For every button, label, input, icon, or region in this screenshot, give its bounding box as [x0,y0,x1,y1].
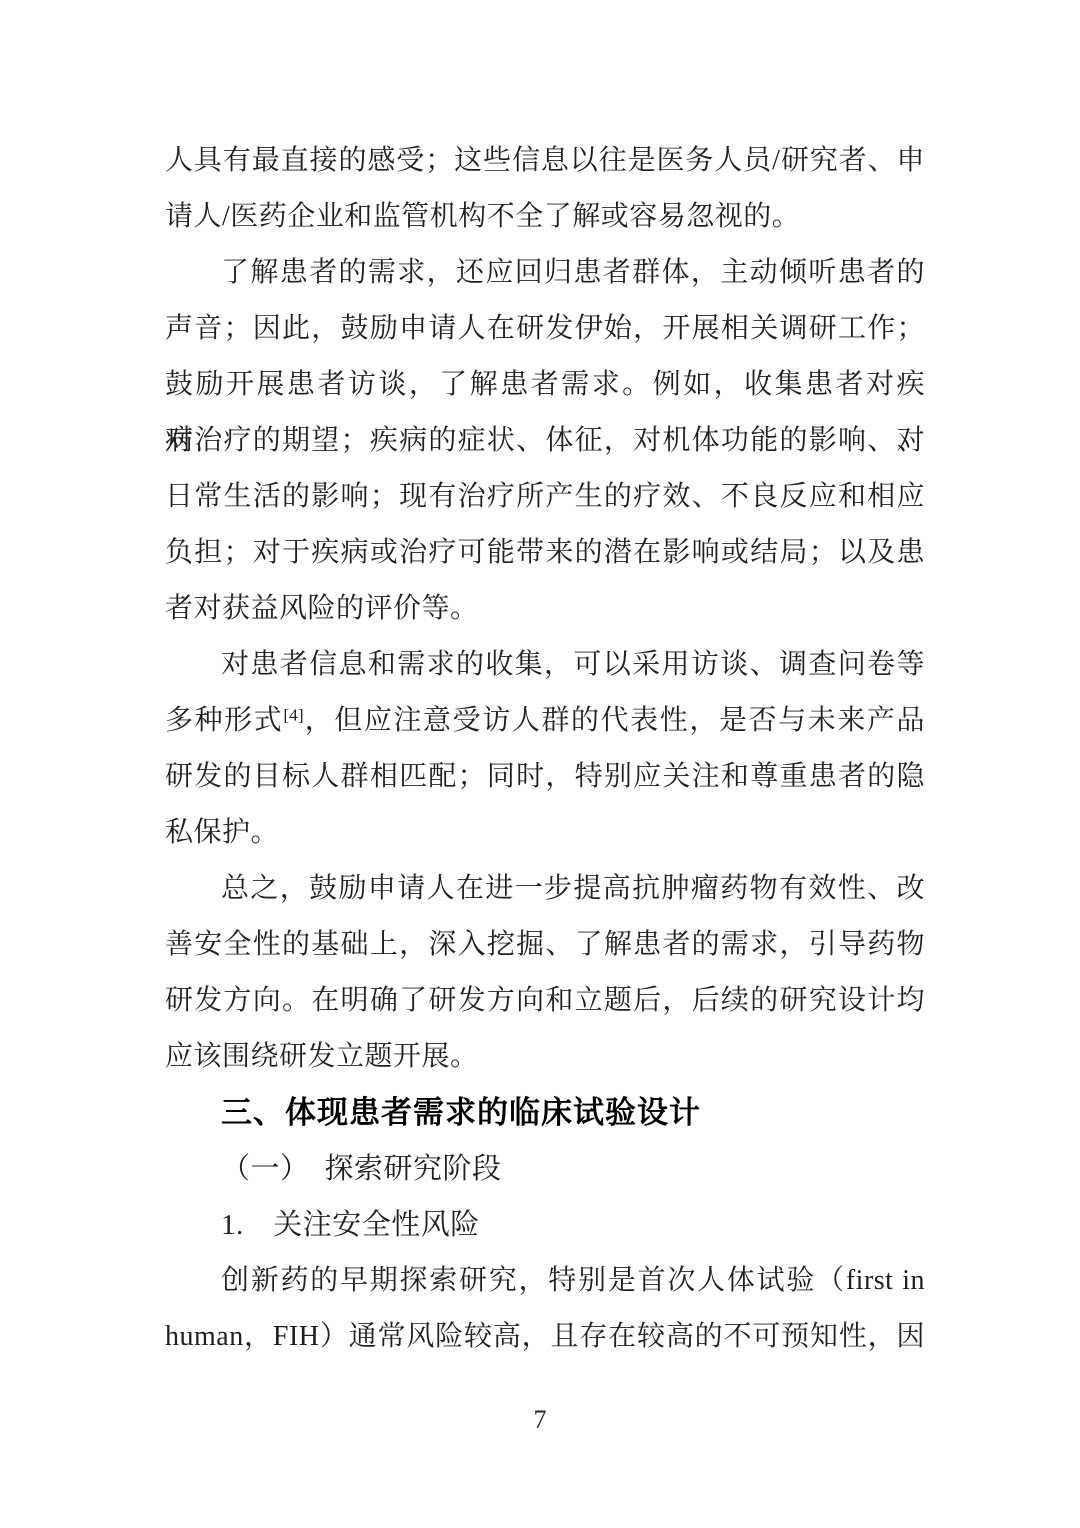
heading1-text: 三、体现患者需求的临床试验设计 [165,1085,925,1141]
page-number: 7 [0,1402,1080,1438]
body-text-line: 者对获益风险的评价等。 [165,581,925,637]
body-text-line: 私保护。 [165,805,925,861]
body-text-line: human，FIH）通常风险较高，且存在较高的不可预知性，因 [165,1309,925,1365]
body-text-line: 多种形式[4]，但应注意受访人群的代表性，是否与未来产品 [165,693,925,749]
body-text-line: 日常生活的影响；现有治疗所产生的疗效、不良反应和相应 [165,469,925,525]
body-text-line: 负担；对于疾病或治疗可能带来的潜在影响或结局；以及患 [165,525,925,581]
heading2-text: （一） 探索研究阶段 [165,1141,925,1197]
body-text-line: 研发的目标人群相匹配；同时，特别应关注和尊重患者的隐 [165,749,925,805]
body-text-line: 研发方向。在明确了研发方向和立题后，后续的研究设计均 [165,973,925,1029]
footnote-reference: [4] [283,705,303,724]
body-text-line: 人具有最直接的感受；这些信息以往是医务人员/研究者、申 [165,133,925,189]
body-text-line: 了解患者的需求，还应回归患者群体，主动倾听患者的 [165,245,925,301]
text-column: 人具有最直接的感受；这些信息以往是医务人员/研究者、申请人/医药企业和监管机构不… [165,133,925,1365]
body-text-line: 善安全性的基础上，深入挖掘、了解患者的需求，引导药物 [165,917,925,973]
body-text-line: 请人/医药企业和监管机构不全了解或容易忽视的。 [165,189,925,245]
body-text-line: 应该围绕研发立题开展。 [165,1029,925,1085]
body-text-line: 对治疗的期望；疾病的症状、体征，对机体功能的影响、对 [165,413,925,469]
heading3-text: 1. 关注安全性风险 [165,1197,925,1253]
body-text-line: 鼓励开展患者访谈，了解患者需求。例如，收集患者对疾病、 [165,357,925,413]
body-text-line: 总之，鼓励申请人在进一步提高抗肿瘤药物有效性、改 [165,861,925,917]
body-text-line: 创新药的早期探索研究，特别是首次人体试验（first in [165,1253,925,1309]
body-text-line: 声音；因此，鼓励申请人在研发伊始，开展相关调研工作； [165,301,925,357]
document-page: 人具有最直接的感受；这些信息以往是医务人员/研究者、申请人/医药企业和监管机构不… [0,0,1080,1528]
body-text-line: 对患者信息和需求的收集，可以采用访谈、调查问卷等 [165,637,925,693]
